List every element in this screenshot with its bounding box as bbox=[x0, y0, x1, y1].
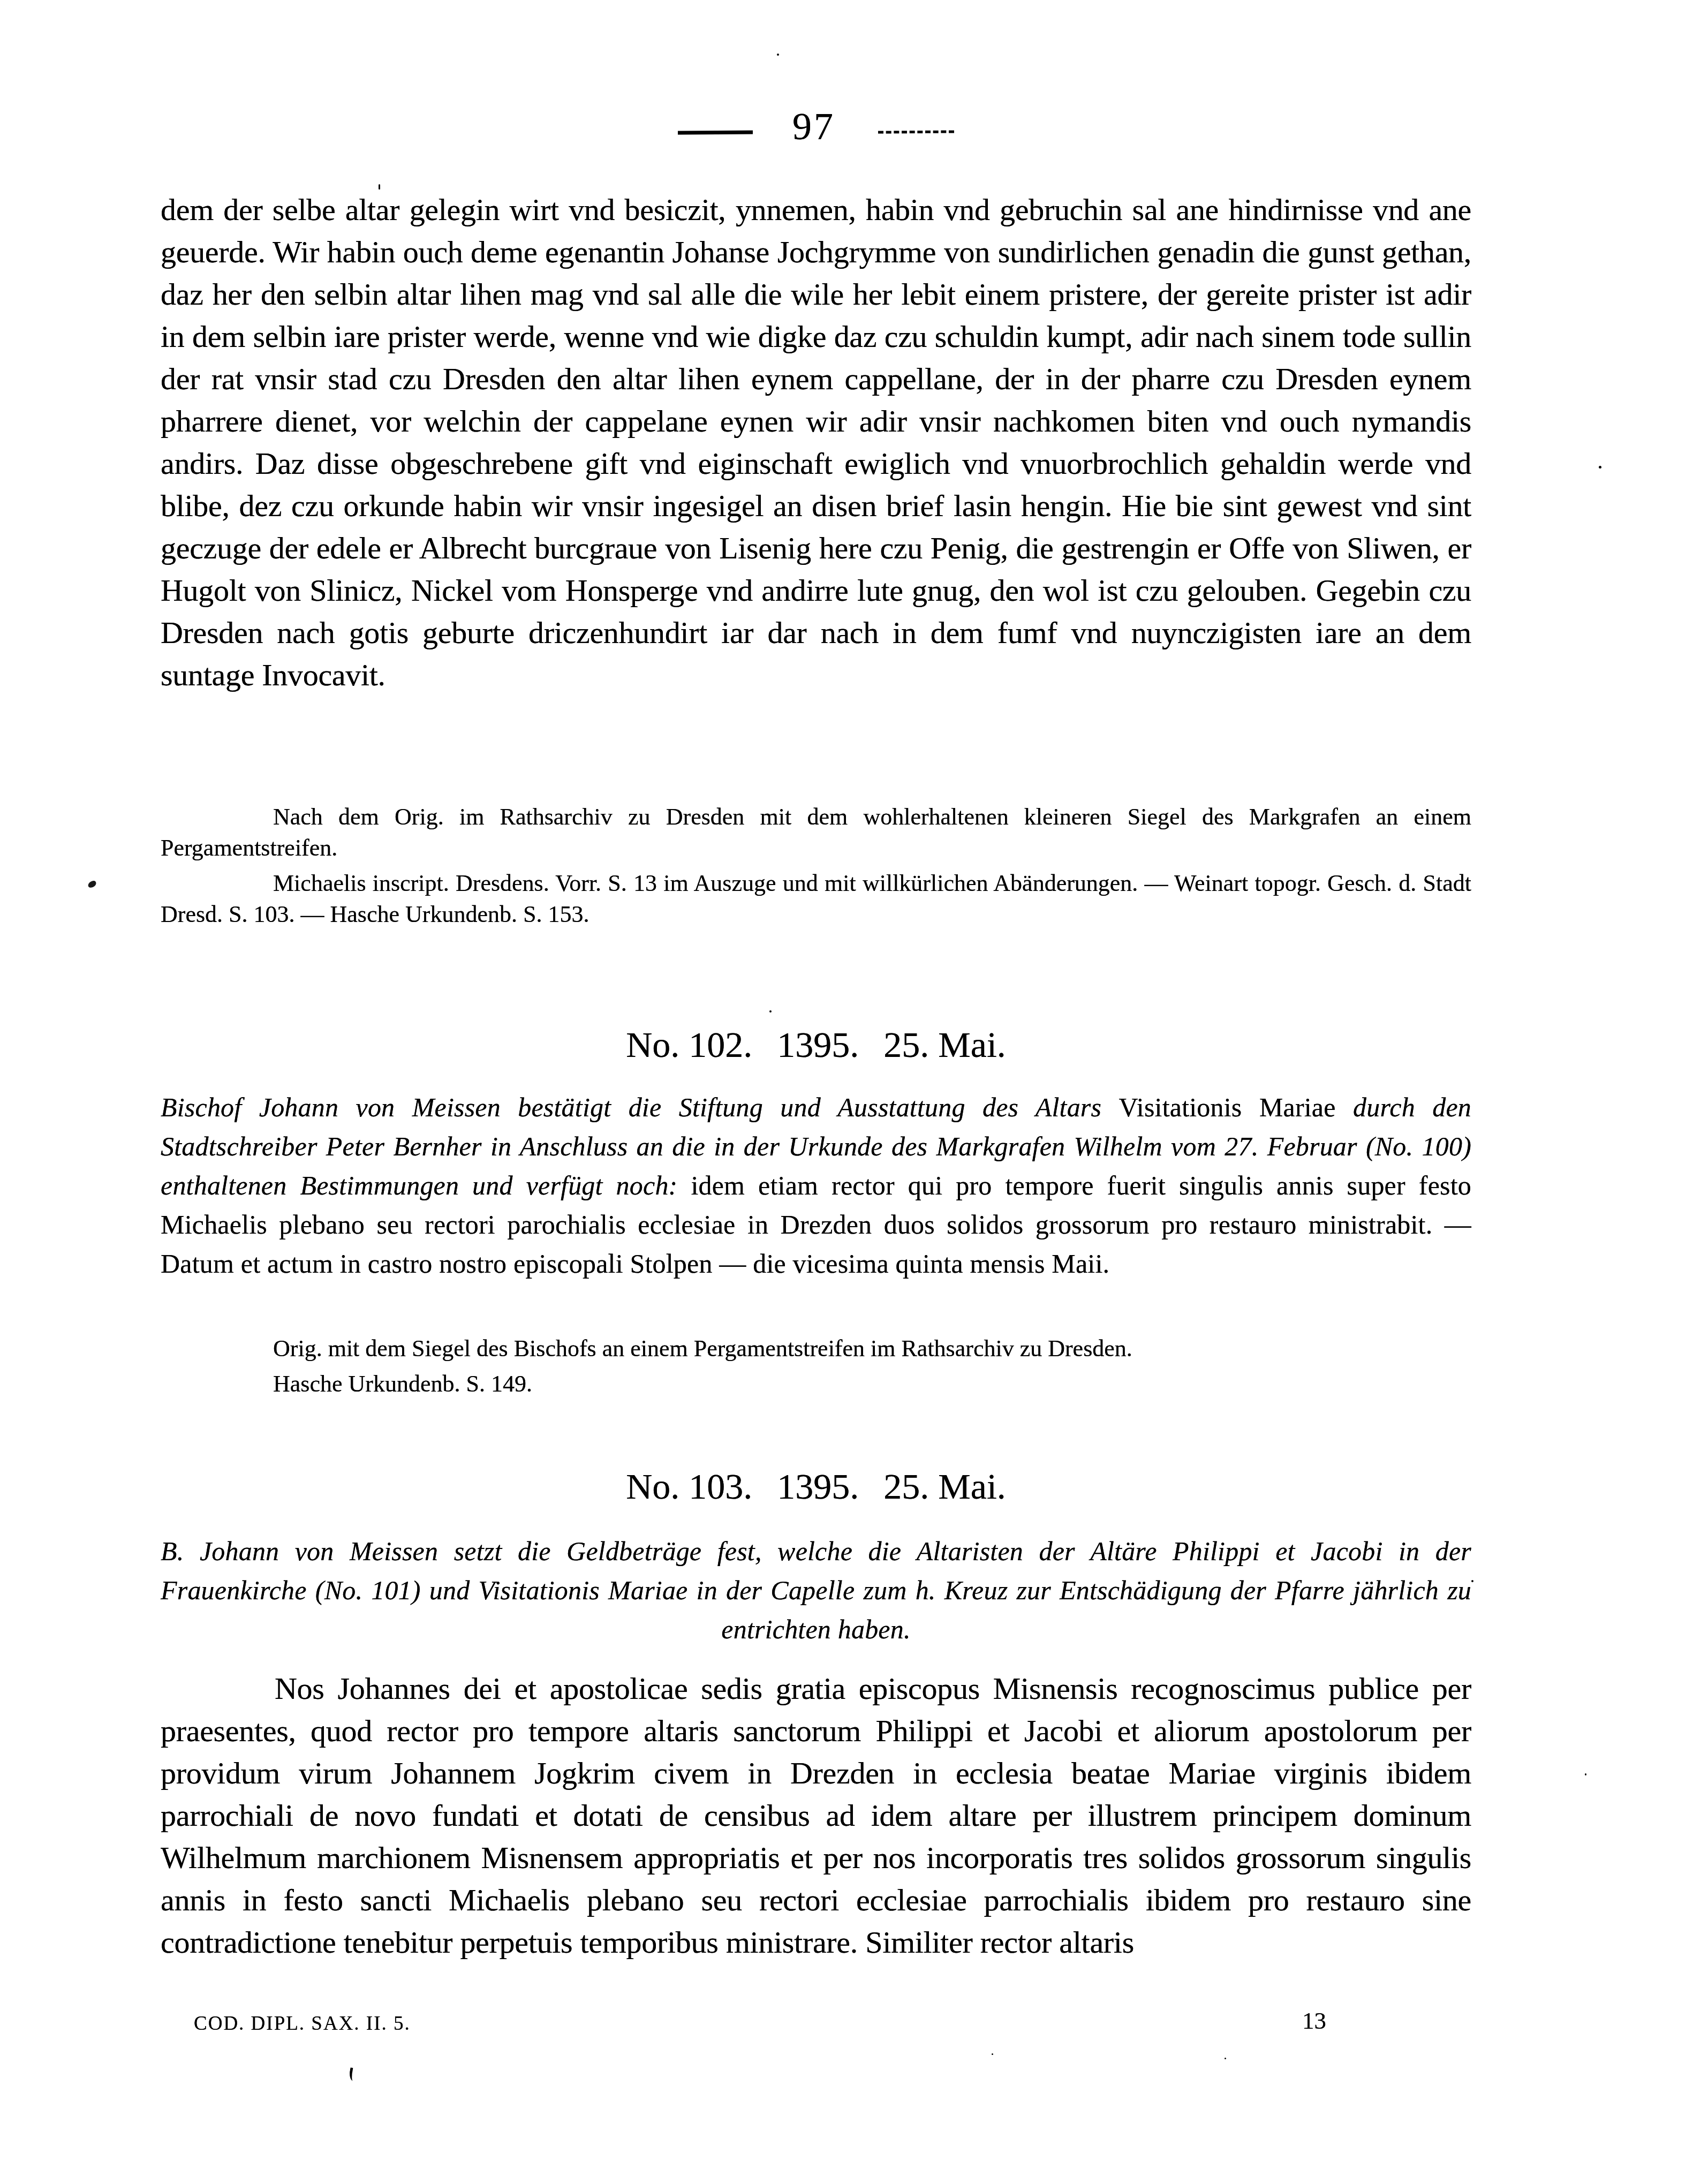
ink-speck bbox=[1471, 1580, 1473, 1582]
charter-102-note-literature: Hasche Urkundenb. S. 149. bbox=[161, 1369, 1471, 1400]
ink-speck bbox=[769, 1010, 772, 1012]
ink-speck bbox=[87, 880, 97, 889]
charter-102-heading-number: No. 102. bbox=[626, 1024, 752, 1065]
charter-103-summary-text: B. Johann von Meissen setzt die Geldbetr… bbox=[161, 1532, 1471, 1649]
charter-102-heading: No. 102.1395.25. Mai. bbox=[161, 1026, 1471, 1063]
footer-sheet-number: 13 bbox=[1302, 2007, 1326, 2035]
charter-101-note-provenance: Nach dem Orig. im Rathsarchiv zu Dresden… bbox=[161, 802, 1471, 864]
charter-102-notes: Orig. mit dem Siegel des Bischofs an ein… bbox=[161, 1333, 1471, 1400]
charter-103-heading-number: No. 103. bbox=[626, 1466, 752, 1507]
charter-103-body-text: Nos Johannes dei et apostolicae sedis gr… bbox=[161, 1667, 1471, 1963]
footer-series-signature: COD. DIPL. SAX. II. 5. bbox=[194, 2012, 411, 2035]
scanned-book-page: 97 dem der selbe altar gelegin wirt vnd … bbox=[0, 0, 1693, 2184]
charter-103-summary: B. Johann von Meissen setzt die Geldbetr… bbox=[161, 1532, 1471, 1649]
page-number: 97 bbox=[792, 107, 835, 146]
page-number-rule-left bbox=[678, 131, 753, 135]
ink-speck bbox=[1225, 2058, 1226, 2059]
charter-103-heading: No. 103.1395.25. Mai. bbox=[161, 1468, 1471, 1505]
charter-102-summary: Bischof Johann von Meissen bestätigt die… bbox=[161, 1088, 1471, 1283]
charter-103-body: Nos Johannes dei et apostolicae sedis gr… bbox=[161, 1667, 1471, 1963]
charter-102-note-provenance: Orig. mit dem Siegel des Bischofs an ein… bbox=[161, 1333, 1471, 1364]
ink-speck bbox=[992, 2053, 993, 2055]
charter-102-summary-german-1: Bischof Johann von Meissen bestätigt die… bbox=[161, 1092, 1119, 1122]
charter-103-heading-year: 1395. bbox=[777, 1466, 859, 1507]
ink-speck bbox=[1599, 466, 1601, 468]
ink-speck bbox=[348, 2067, 357, 2081]
ink-speck bbox=[448, 262, 450, 265]
charter-101-notes: Nach dem Orig. im Rathsarchiv zu Dresden… bbox=[161, 802, 1471, 930]
ink-speck bbox=[777, 54, 779, 56]
charter-102-heading-date: 25. Mai. bbox=[883, 1024, 1006, 1065]
ink-speck bbox=[379, 184, 380, 190]
charter-103-heading-date: 25. Mai. bbox=[883, 1466, 1006, 1507]
page-header: 97 bbox=[161, 107, 1471, 150]
charter-101-continuation: dem der selbe altar gelegin wirt vnd bes… bbox=[161, 188, 1471, 696]
charter-101-continuation-text: dem der selbe altar gelegin wirt vnd bes… bbox=[161, 188, 1471, 696]
ink-speck bbox=[1585, 1773, 1586, 1775]
page-number-rule-right bbox=[878, 130, 954, 133]
charter-102-heading-year: 1395. bbox=[777, 1024, 859, 1065]
charter-101-note-literature: Michaelis inscript. Dresdens. Vorr. S. 1… bbox=[161, 868, 1471, 930]
charter-102-summary-latin-1: Visitationis Mariae bbox=[1119, 1092, 1353, 1122]
